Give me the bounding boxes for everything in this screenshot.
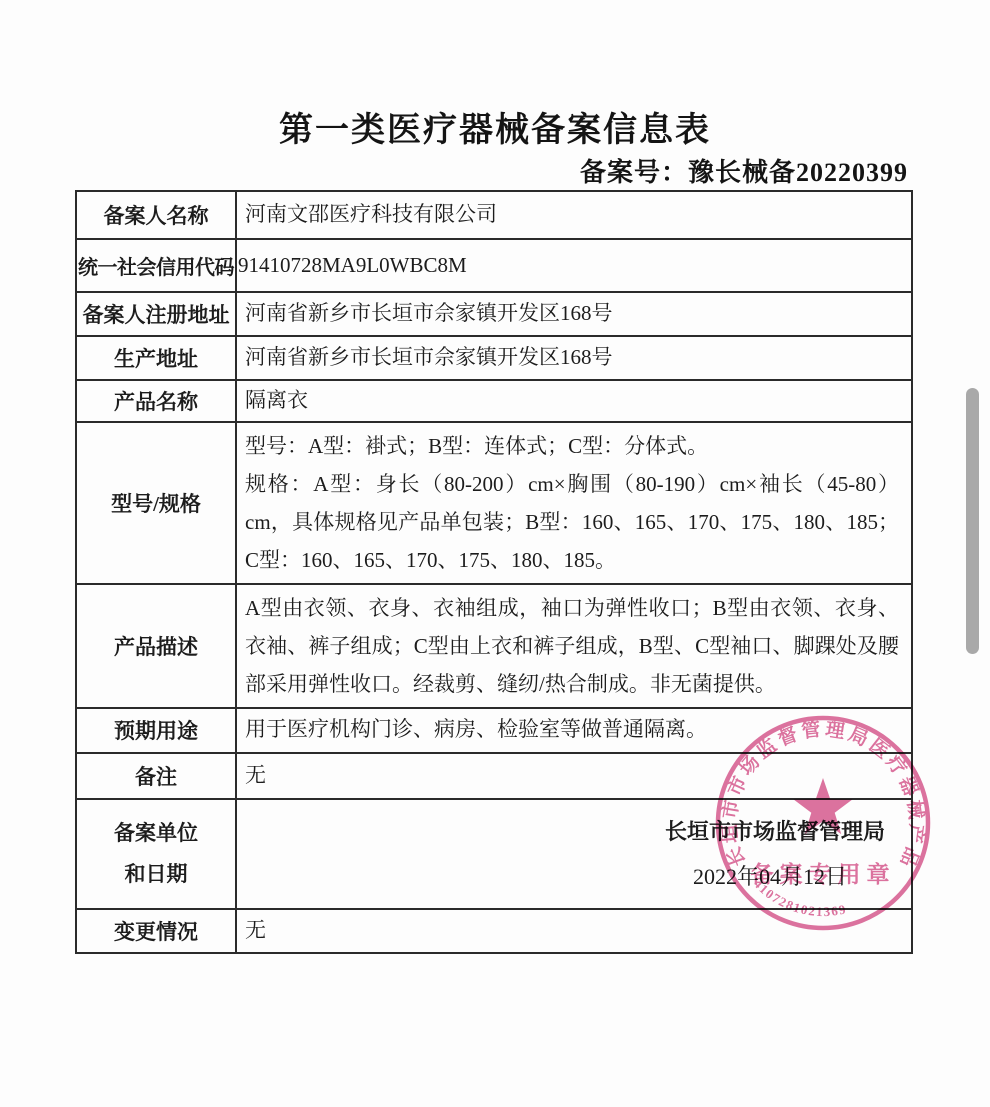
model-line: 型号：A型：褂式；B型：连体式；C型：分体式。: [245, 427, 899, 465]
row-label: 生产地址: [77, 337, 237, 379]
row-label: 备注: [77, 754, 237, 798]
row-value: 长垣市市场监督管理局 2022年04月12日: [237, 800, 911, 908]
table-row: 产品名称 隔离衣: [77, 381, 911, 423]
record-number: 备案号：豫长械备20220399: [580, 152, 908, 189]
row-label: 统一社会信用代码: [77, 240, 237, 291]
scrollbar-thumb[interactable]: [966, 388, 979, 654]
description-text: A型由衣领、衣身、衣袖组成，袖口为弹性收口；B型由衣领、衣身、衣袖、裤子组成；C…: [245, 589, 899, 703]
page-title: 第一类医疗器械备案信息表: [0, 102, 990, 151]
row-value: 河南省新乡市长垣市佘家镇开发区168号: [237, 293, 911, 335]
table-row: 备案单位 和日期 长垣市市场监督管理局 2022年04月12日: [77, 800, 911, 910]
table-row: 预期用途 用于医疗机构门诊、病房、检验室等做普通隔离。: [77, 709, 911, 754]
row-value: 用于医疗机构门诊、病房、检验室等做普通隔离。: [237, 709, 911, 752]
row-value: 河南省新乡市长垣市佘家镇开发区168号: [237, 337, 911, 379]
row-value: 无: [237, 754, 911, 798]
row-value: 河南文邵医疗科技有限公司: [237, 192, 911, 238]
table-row: 备注 无: [77, 754, 911, 800]
row-value: A型由衣领、衣身、衣袖组成，袖口为弹性收口；B型由衣领、衣身、衣袖、裤子组成；C…: [237, 585, 911, 707]
spec-line: 规格：A型：身长（80-200）cm×胸围（80-190）cm×袖长（45-80…: [245, 465, 899, 579]
row-label-line2: 和日期: [125, 854, 188, 895]
document-page: 第一类医疗器械备案信息表 备案号：豫长械备20220399 备案人名称 河南文邵…: [0, 0, 990, 1107]
filing-authority: 长垣市市场监督管理局: [665, 815, 899, 848]
row-value: 型号：A型：褂式；B型：连体式；C型：分体式。 规格：A型：身长（80-200）…: [237, 423, 911, 583]
row-label: 产品描述: [77, 585, 237, 707]
row-label: 备案人名称: [77, 192, 237, 238]
table-row: 备案人注册地址 河南省新乡市长垣市佘家镇开发区168号: [77, 293, 911, 337]
row-label: 产品名称: [77, 381, 237, 421]
row-label: 变更情况: [77, 910, 237, 952]
row-value: 无: [237, 910, 911, 952]
table-row: 产品描述 A型由衣领、衣身、衣袖组成，袖口为弹性收口；B型由衣领、衣身、衣袖、裤…: [77, 585, 911, 709]
filing-info-table: 备案人名称 河南文邵医疗科技有限公司 统一社会信用代码 91410728MA9L…: [75, 190, 913, 954]
row-value: 隔离衣: [237, 381, 911, 421]
table-row: 备案人名称 河南文邵医疗科技有限公司: [77, 192, 911, 240]
row-label-line1: 备案单位: [114, 813, 198, 854]
table-row: 生产地址 河南省新乡市长垣市佘家镇开发区168号: [77, 337, 911, 381]
row-label: 备案人注册地址: [77, 293, 237, 335]
row-value: 91410728MA9L0WBC8M: [237, 240, 911, 291]
table-row: 变更情况 无: [77, 910, 911, 952]
row-label: 型号/规格: [77, 423, 237, 583]
filing-date: 2022年04月12日: [693, 860, 899, 893]
row-label: 备案单位 和日期: [77, 800, 237, 908]
table-row: 型号/规格 型号：A型：褂式；B型：连体式；C型：分体式。 规格：A型：身长（8…: [77, 423, 911, 585]
table-row: 统一社会信用代码 91410728MA9L0WBC8M: [77, 240, 911, 293]
row-label: 预期用途: [77, 709, 237, 752]
